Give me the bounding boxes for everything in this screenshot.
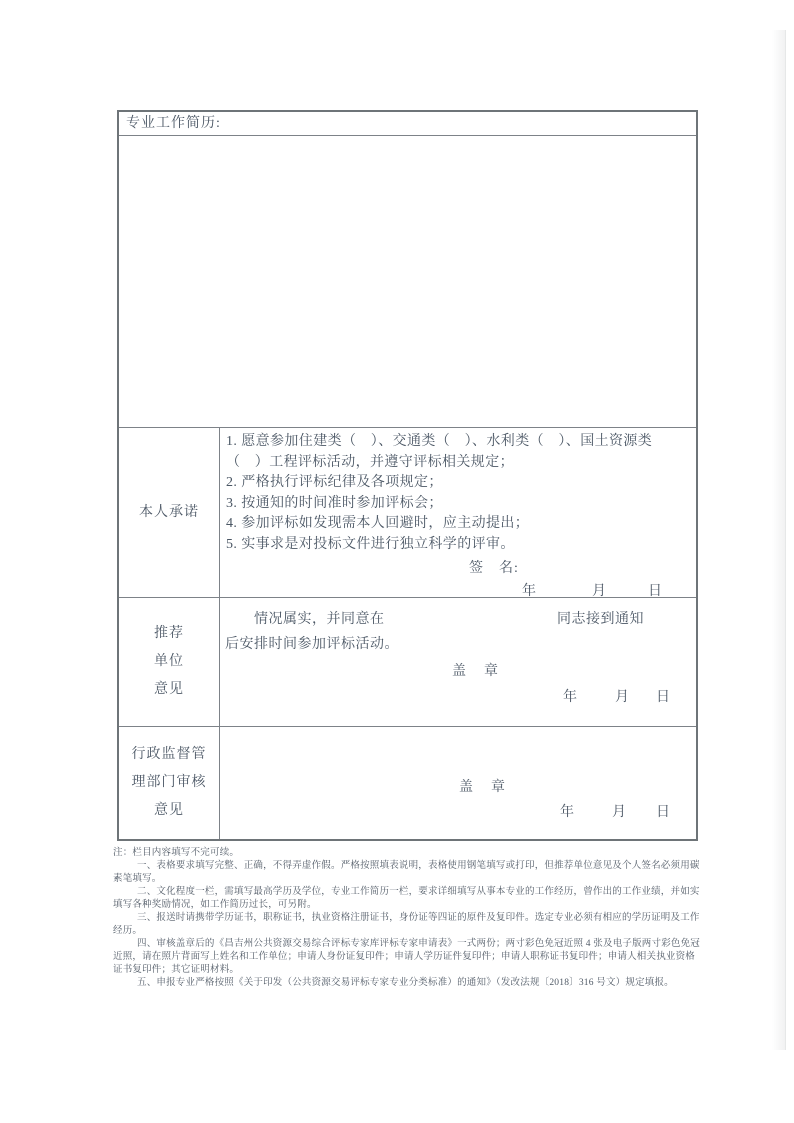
admin-review-content: 盖 章 年 月 日 xyxy=(220,727,696,839)
footnote-1: 一、表格要求填写完整、正确，不得弄虚作假。严格按照填表说明，表格使用钢笔填写或打… xyxy=(113,860,703,886)
commitment-content: 1. 愿意参加住建类（ ）、交通类（ ）、水利类（ ）、国土资源类（ ）工程评标… xyxy=(220,428,696,597)
resume-section-header: 专业工作简历: xyxy=(119,112,696,136)
expert-application-form-table: 专业工作简历: 本人承诺 1. 愿意参加住建类（ ）、交通类（ ）、水利类（ ）… xyxy=(117,110,698,841)
footnote-4: 四、审核盖章后的《昌吉州公共资源交易综合评标专家库评标专家申请表》一式两份；两寸… xyxy=(113,938,703,977)
commitment-item-4: 4. 参加评标如发现需本人回避时，应主动提出； xyxy=(226,514,688,535)
month-label: 月 xyxy=(615,686,629,710)
recommendation-label: 推荐 单位 意见 xyxy=(119,598,220,726)
recommendation-row: 推荐 单位 意见 情况属实，并同意在 同志接到通知 后安排时间参加评标活动。 盖… xyxy=(119,598,696,727)
month-label: 月 xyxy=(612,801,626,825)
admin-review-label: 行政监督管 理部门审核 意见 xyxy=(119,727,220,839)
form-footnotes: 注：栏目内容填写不完可续。 一、表格要求填写完整、正确，不得弄虚作假。严格按照填… xyxy=(113,847,703,990)
footnote-3: 三、报送时请携带学历证书，职称证书，执业资格注册证书，身份证等四证的原件及复印件… xyxy=(113,912,703,938)
footnote-lead: 注：栏目内容填写不完可续。 xyxy=(113,847,703,860)
recommendation-statement-line2: 后安排时间参加评标活动。 xyxy=(220,632,696,658)
recommendation-content: 情况属实，并同意在 同志接到通知 后安排时间参加评标活动。 盖 章 年 月 日 xyxy=(220,598,696,726)
commitment-item-2: 2. 严格执行评标纪律及各项规定； xyxy=(226,473,688,494)
recommendation-statement-line1: 情况属实，并同意在 同志接到通知 xyxy=(220,608,696,632)
admin-seal-label: 盖 章 xyxy=(220,775,696,801)
commitment-item-1: 1. 愿意参加住建类（ ）、交通类（ ）、水利类（ ）、国土资源类（ ）工程评标… xyxy=(226,432,688,473)
commitment-item-3: 3. 按通知的时间准时参加评标会； xyxy=(226,494,688,515)
resume-blank-area xyxy=(119,136,696,428)
statement-prefix: 情况属实，并同意在 xyxy=(220,608,385,632)
year-label: 年 xyxy=(563,686,577,710)
scan-edge-artifact xyxy=(772,30,786,1050)
commitment-row: 本人承诺 1. 愿意参加住建类（ ）、交通类（ ）、水利类（ ）、国土资源类（ … xyxy=(119,428,696,598)
signature-label: 签 名: xyxy=(469,558,688,580)
admin-review-row: 行政监督管 理部门审核 意见 盖 章 年 月 日 xyxy=(119,727,696,839)
recommendation-seal-label: 盖 章 xyxy=(220,658,696,686)
commitment-item-5: 5. 实事求是对投标文件进行独立科学的评审。 xyxy=(226,535,688,556)
admin-date-line: 年 月 日 xyxy=(220,801,696,825)
recommendation-date-line: 年 月 日 xyxy=(220,686,696,710)
footnote-5: 五、申报专业严格按照《关于印发（公共资源交易评标专家专业分类标准）的通知》（发改… xyxy=(113,977,703,990)
commitment-label: 本人承诺 xyxy=(119,428,220,597)
day-label: 日 xyxy=(656,686,670,710)
day-label: 日 xyxy=(656,801,670,825)
footnote-2: 二、文化程度一栏，需填写最高学历及学位，专业工作简历一栏，要求详细填写从事本专业… xyxy=(113,886,703,912)
year-label: 年 xyxy=(560,801,574,825)
scanned-form-page: 专业工作简历: 本人承诺 1. 愿意参加住建类（ ）、交通类（ ）、水利类（ ）… xyxy=(0,0,794,1123)
statement-suffix: 同志接到通知 xyxy=(557,608,696,632)
